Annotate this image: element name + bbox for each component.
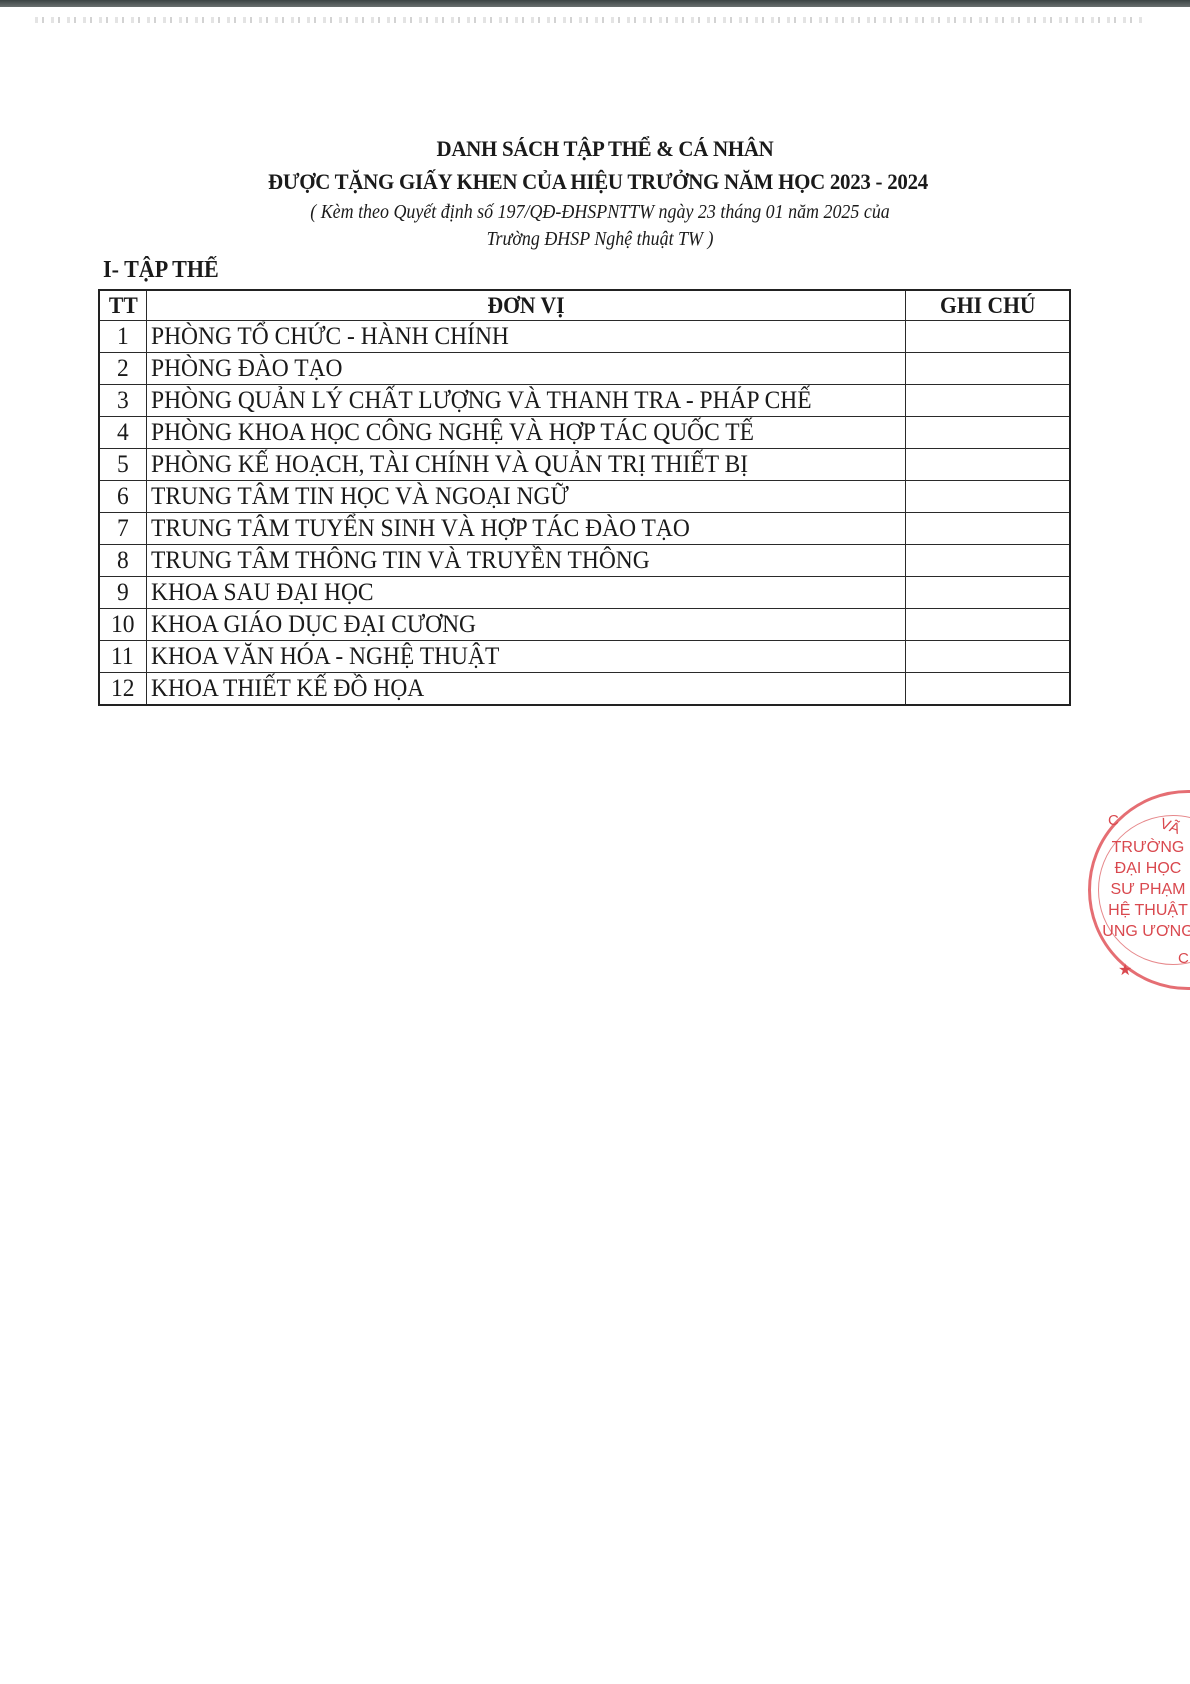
scan-noise-artifact xyxy=(35,17,1145,23)
row-number: 6 xyxy=(99,481,147,513)
row-unit-name: PHÒNG ĐÀO TẠO xyxy=(147,353,906,385)
row-note xyxy=(906,609,1071,641)
row-unit-name: KHOA VĂN HÓA - NGHỆ THUẬT xyxy=(147,641,906,673)
table-row: 6TRUNG TÂM TIN HỌC VÀ NGOẠI NGỮ xyxy=(99,481,1070,513)
row-number: 3 xyxy=(99,385,147,417)
row-number: 10 xyxy=(99,609,147,641)
document-title: DANH SÁCH TẬP THỂ & CÁ NHÂN xyxy=(52,136,1159,162)
table-row: 4PHÒNG KHOA HỌC CÔNG NGHỆ VÀ HỢP TÁC QUỐ… xyxy=(99,417,1070,449)
row-unit-name: PHÒNG QUẢN LÝ CHẤT LƯỢNG VÀ THANH TRA - … xyxy=(147,385,906,417)
row-unit-name: KHOA THIẾT KẾ ĐỒ HỌA xyxy=(147,673,906,706)
row-number: 8 xyxy=(99,545,147,577)
table-row: 10KHOA GIÁO DỤC ĐẠI CƯƠNG xyxy=(99,609,1070,641)
document-title-line2: ĐƯỢC TẶNG GIẤY KHEN CỦA HIỆU TRƯỞNG NĂM … xyxy=(45,169,1152,195)
row-unit-name: PHÒNG TỔ CHỨC - HÀNH CHÍNH xyxy=(147,321,906,353)
table-row: 8TRUNG TÂM THÔNG TIN VÀ TRUYỀN THÔNG xyxy=(99,545,1070,577)
row-note xyxy=(906,417,1071,449)
table-row: 3PHÒNG QUẢN LÝ CHẤT LƯỢNG VÀ THANH TRA -… xyxy=(99,385,1070,417)
row-number: 4 xyxy=(99,417,147,449)
row-number: 12 xyxy=(99,673,147,706)
table-row: 2PHÒNG ĐÀO TẠO xyxy=(99,353,1070,385)
table-row: 7TRUNG TÂM TUYỂN SINH VÀ HỢP TÁC ĐÀO TẠO xyxy=(99,513,1070,545)
stamp-ring-text: C xyxy=(1108,812,1119,829)
row-unit-name: PHÒNG KHOA HỌC CÔNG NGHỆ VÀ HỢP TÁC QUỐC… xyxy=(147,417,906,449)
row-note xyxy=(906,321,1071,353)
row-number: 1 xyxy=(99,321,147,353)
column-header-note: GHI CHÚ xyxy=(906,290,1071,321)
row-note xyxy=(906,673,1071,706)
row-note xyxy=(906,385,1071,417)
row-unit-name: TRUNG TÂM THÔNG TIN VÀ TRUYỀN THÔNG xyxy=(147,545,906,577)
row-unit-name: TRUNG TÂM TUYỂN SINH VÀ HỢP TÁC ĐÀO TẠO xyxy=(147,513,906,545)
table-row: 11KHOA VĂN HÓA - NGHỆ THUẬT xyxy=(99,641,1070,673)
column-header-unit: ĐƠN VỊ xyxy=(147,290,906,321)
row-number: 2 xyxy=(99,353,147,385)
row-note xyxy=(906,545,1071,577)
row-unit-name: KHOA GIÁO DỤC ĐẠI CƯƠNG xyxy=(147,609,906,641)
document-subtitle-line2: Trường ĐHSP Nghệ thuật TW ) xyxy=(53,229,1148,251)
row-number: 7 xyxy=(99,513,147,545)
row-note xyxy=(906,353,1071,385)
row-note xyxy=(906,577,1071,609)
row-unit-name: PHÒNG KẾ HOẠCH, TÀI CHÍNH VÀ QUẢN TRỊ TH… xyxy=(147,449,906,481)
row-unit-name: TRUNG TÂM TIN HỌC VÀ NGOẠI NGỮ xyxy=(147,481,906,513)
column-header-tt: TT xyxy=(99,290,147,321)
scan-edge-artifact xyxy=(0,0,1190,7)
table-row: 1PHÒNG TỔ CHỨC - HÀNH CHÍNH xyxy=(99,321,1070,353)
row-note xyxy=(906,449,1071,481)
row-note xyxy=(906,641,1071,673)
table-header-row: TT ĐƠN VỊ GHI CHÚ xyxy=(99,290,1070,321)
stamp-ring-text: C xyxy=(1178,950,1189,967)
table-row: 9KHOA SAU ĐẠI HỌC xyxy=(99,577,1070,609)
row-number: 11 xyxy=(99,641,147,673)
section-heading: I- TẬP THỂ xyxy=(103,257,219,284)
document-subtitle: ( Kèm theo Quyết định số 197/QĐ-ĐHSPNTTW… xyxy=(53,202,1148,224)
stamp-text: TRƯỜNG ĐẠI HỌC SƯ PHẠM HỆ THUẬT UNG ƯƠNG xyxy=(1098,837,1190,942)
row-number: 5 xyxy=(99,449,147,481)
row-number: 9 xyxy=(99,577,147,609)
table-row: 12KHOA THIẾT KẾ ĐỒ HỌA xyxy=(99,673,1070,706)
table-body: 1PHÒNG TỔ CHỨC - HÀNH CHÍNH2PHÒNG ĐÀO TẠ… xyxy=(99,321,1070,706)
table-row: 5PHÒNG KẾ HOẠCH, TÀI CHÍNH VÀ QUẢN TRỊ T… xyxy=(99,449,1070,481)
row-unit-name: KHOA SAU ĐẠI HỌC xyxy=(147,577,906,609)
row-note xyxy=(906,481,1071,513)
awards-table: TT ĐƠN VỊ GHI CHÚ 1PHÒNG TỔ CHỨC - HÀNH … xyxy=(98,289,1071,706)
row-note xyxy=(906,513,1071,545)
stamp-star-icon: ★ xyxy=(1118,960,1132,980)
